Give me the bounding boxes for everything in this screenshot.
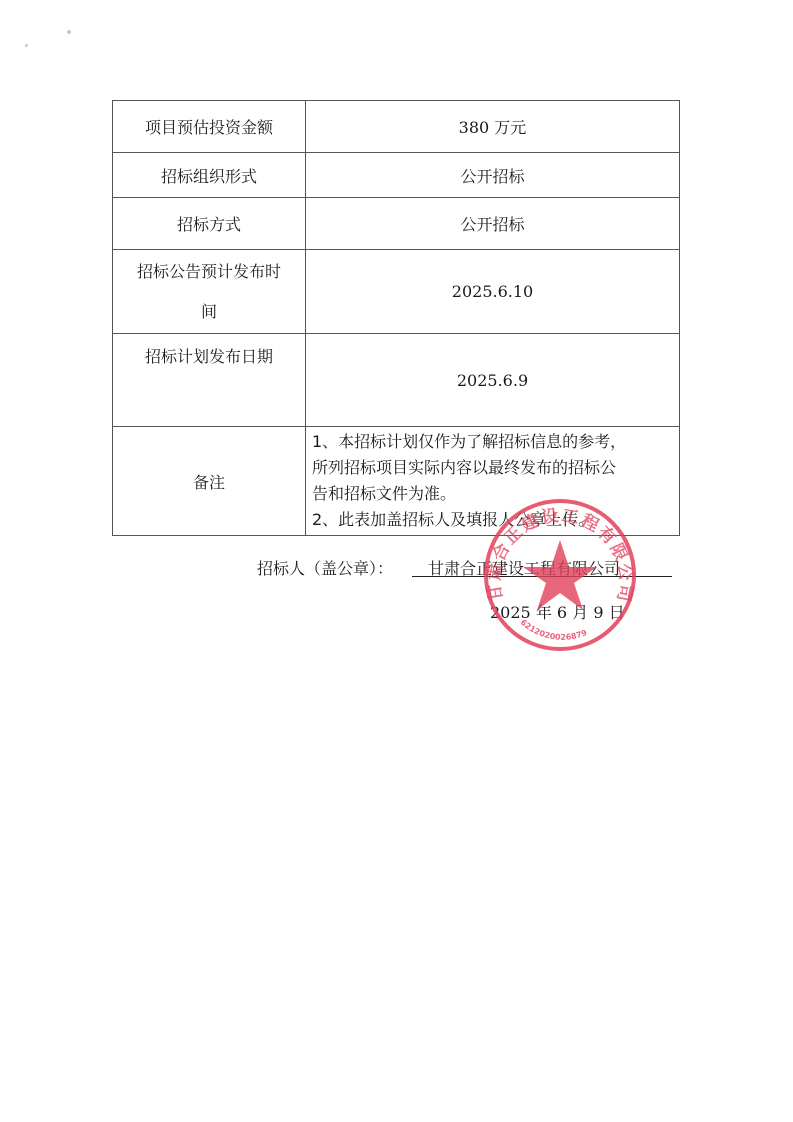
row-value: 2025.6.10: [306, 250, 680, 334]
table-row: 招标计划发布日期 2025.6.9: [113, 334, 680, 427]
row-label: 项目预估投资金额: [113, 101, 306, 153]
row-label-line: 间: [113, 292, 305, 332]
scan-speck: [25, 44, 28, 47]
row-label: 招标组织形式: [113, 153, 306, 198]
table-row: 招标公告预计发布时 间 2025.6.10: [113, 250, 680, 334]
row-label: 备注: [113, 427, 306, 536]
row-value: 公开招标: [306, 153, 680, 198]
svg-text:6212020026879: 6212020026879: [519, 618, 589, 642]
company-seal-icon: 甘肃合正建设工程有限公司 6212020026879: [475, 495, 645, 655]
table-row: 招标组织形式 公开招标: [113, 153, 680, 198]
seal-code: 6212020026879: [519, 618, 589, 642]
bidding-plan-table: 项目预估投资金额 380 万元 招标组织形式 公开招标 招标方式 公开招标 招标…: [112, 100, 680, 536]
table-row: 项目预估投资金额 380 万元: [113, 101, 680, 153]
row-label: 招标计划发布日期: [113, 334, 306, 427]
remark-line: 1、本招标计划仅作为了解招标信息的参考，: [312, 429, 675, 455]
scan-speck: [67, 30, 71, 34]
remark-line: 所列招标项目实际内容以最终发布的招标公: [312, 455, 675, 481]
row-label: 招标方式: [113, 198, 306, 250]
row-value: 380 万元: [306, 101, 680, 153]
row-label-line: 招标公告预计发布时: [113, 252, 305, 292]
row-value: 公开招标: [306, 198, 680, 250]
row-label: 招标公告预计发布时 间: [113, 250, 306, 334]
signer-label: 招标人（盖公章）：: [257, 556, 393, 579]
row-value: 2025.6.9: [306, 334, 680, 427]
table-row: 招标方式 公开招标: [113, 198, 680, 250]
